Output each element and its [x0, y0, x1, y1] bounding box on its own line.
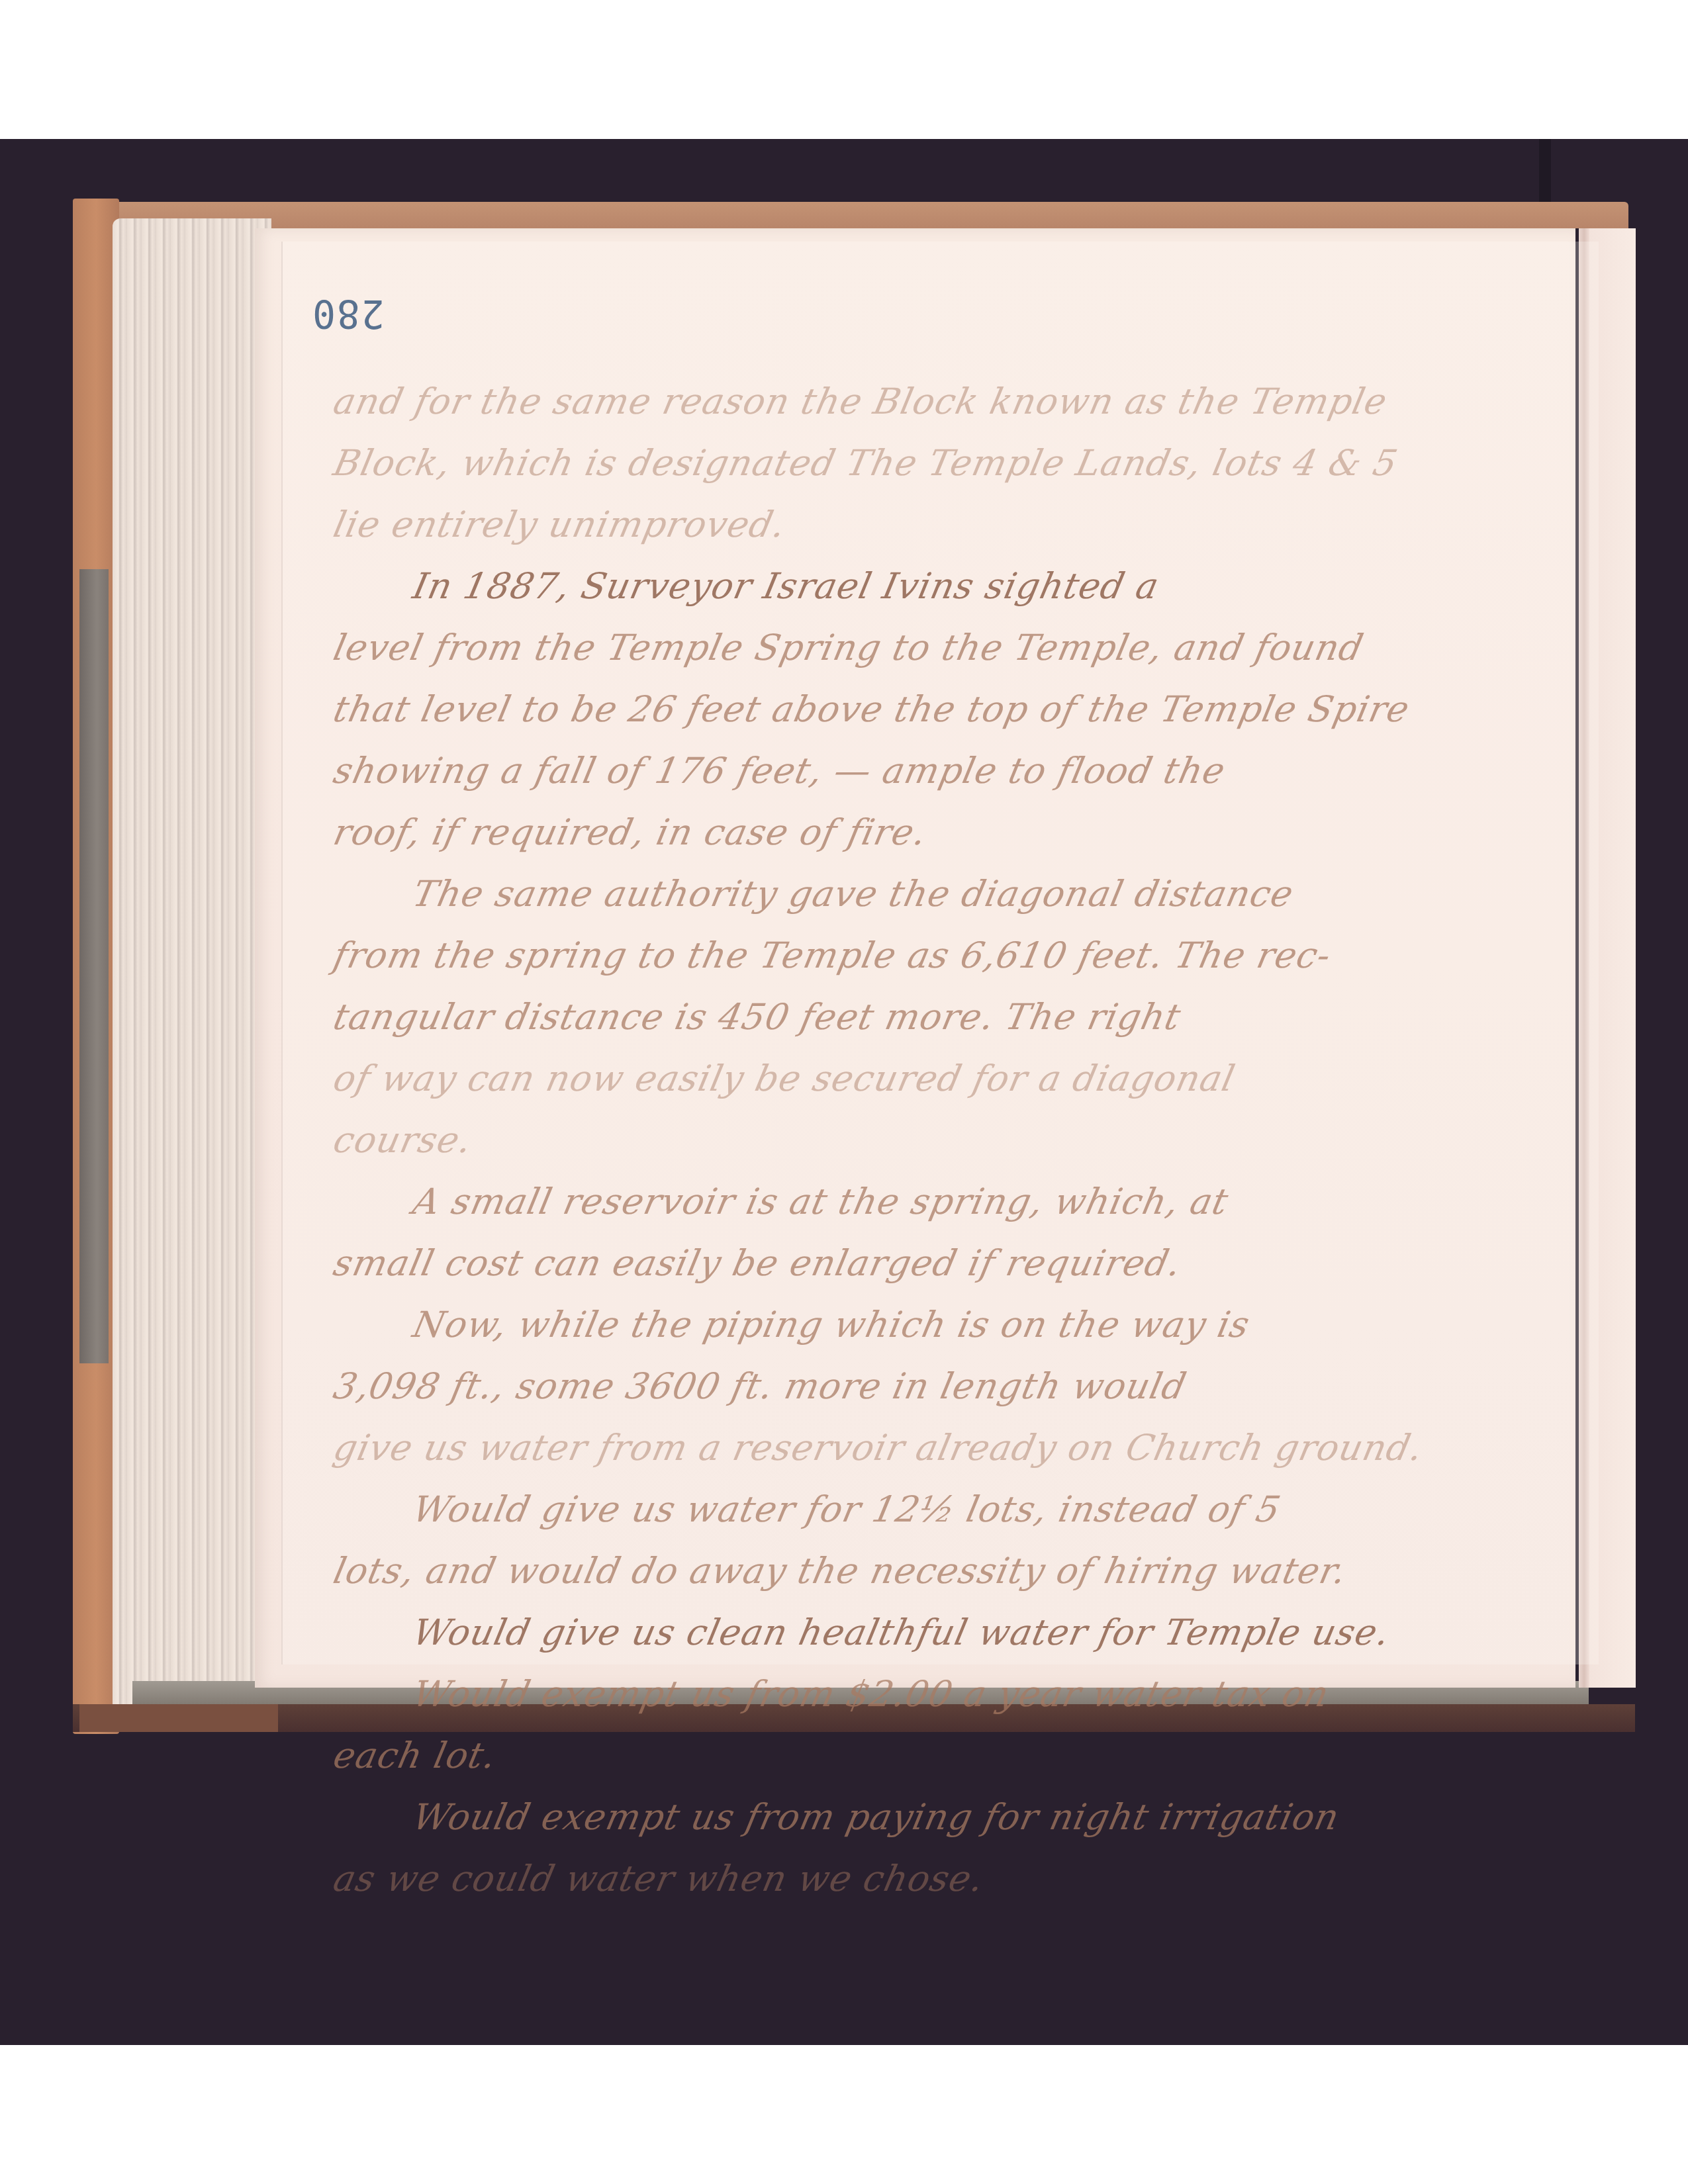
manuscript-page: 280 and for the same reason the Block kn…: [255, 228, 1575, 1688]
manuscript-line: 3,098 ft., some 3600 ft. more in length …: [328, 1355, 1546, 1417]
manuscript-line: that level to be 26 feet above the top o…: [328, 678, 1546, 740]
manuscript-line: from the spring to the Temple as 6,610 f…: [328, 925, 1546, 986]
manuscript-line: level from the Temple Spring to the Temp…: [328, 617, 1546, 678]
manuscript-line: lie entirely unimproved.: [328, 494, 1546, 555]
manuscript-line: lots, and would do away the necessity of…: [328, 1540, 1546, 1602]
manuscript-line: and for the same reason the Block known …: [328, 371, 1546, 432]
handwritten-text-block: and for the same reason the Block known …: [334, 371, 1539, 1909]
manuscript-line: showing a fall of 176 feet, — ample to f…: [328, 740, 1546, 801]
manuscript-line: course.: [328, 1109, 1546, 1171]
manuscript-line: as we could water when we chose.: [328, 1848, 1546, 1909]
page-number-stamp: 280: [311, 291, 385, 336]
manuscript-line: Now, while the piping which is on the wa…: [328, 1294, 1546, 1355]
manuscript-line: In 1887, Surveyor Israel Ivins sighted a: [328, 555, 1546, 617]
manuscript-line: Would exempt us from $2.00 a year water …: [328, 1663, 1546, 1725]
page-stack-edges: [113, 218, 271, 1714]
manuscript-line: of way can now easily be secured for a d…: [328, 1048, 1546, 1109]
book-cover-bottom-corner: [79, 1704, 278, 1732]
manuscript-line: Block, which is designated The Temple La…: [328, 432, 1546, 494]
manuscript-line: Would give us clean healthful water for …: [328, 1602, 1546, 1663]
manuscript-line: each lot.: [328, 1725, 1546, 1786]
manuscript-line: A small reservoir is at the spring, whic…: [328, 1171, 1546, 1232]
manuscript-line: tangular distance is 450 feet more. The …: [328, 986, 1546, 1048]
manuscript-line: small cost can easily be enlarged if req…: [328, 1232, 1546, 1294]
manuscript-line: roof, if required, in case of fire.: [328, 801, 1546, 863]
cover-spine-band: [79, 569, 109, 1363]
book-cover-top-edge: [73, 202, 1628, 228]
manuscript-line: give us water from a reservoir already o…: [328, 1417, 1546, 1479]
manuscript-line: The same authority gave the diagonal dis…: [328, 863, 1546, 925]
manuscript-line: Would exempt us from paying for night ir…: [328, 1786, 1546, 1848]
manuscript-line: Would give us water for 12½ lots, instea…: [328, 1479, 1546, 1540]
